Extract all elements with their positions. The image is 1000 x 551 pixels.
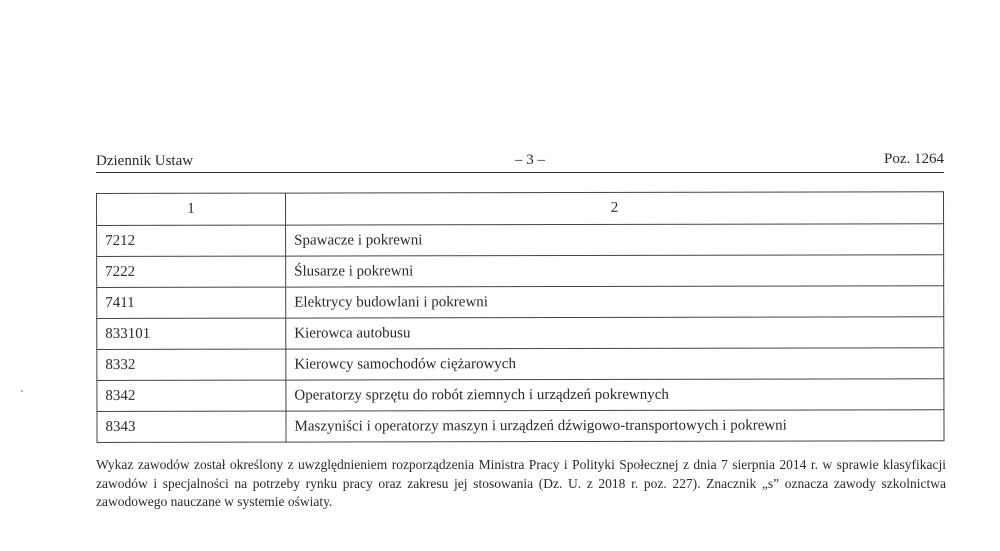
occupation-code: 8342	[97, 380, 286, 411]
column-header-2: 2	[286, 192, 944, 225]
position-number: Poz. 1264	[884, 151, 944, 168]
page-header: Dziennik Ustaw – 3 – Poz. 1264	[96, 150, 944, 173]
occupation-code: 833101	[97, 318, 286, 349]
occupation-code: 8332	[97, 349, 286, 380]
page-number: – 3 –	[96, 152, 944, 169]
table-header-row: 1 2	[97, 192, 944, 226]
table-row: 8343Maszyniści i operatorzy maszyn i urz…	[97, 410, 944, 443]
scan-speck	[21, 390, 23, 392]
occupation-code: 8343	[97, 411, 286, 442]
occupation-name: Kierowcy samochodów ciężarowych	[286, 348, 944, 380]
occupations-table: 1 2 7212Spawacze i pokrewni7222Ślusarze …	[96, 191, 945, 443]
occupation-code: 7222	[97, 256, 286, 287]
occupation-name: Spawacze i pokrewni	[286, 224, 944, 256]
occupation-name: Kierowca autobusu	[286, 317, 944, 349]
occupation-name: Ślusarze i pokrewni	[286, 255, 944, 287]
table-row: 7411Elektrycy budowlani i pokrewni	[97, 286, 944, 319]
table-row: 7212Spawacze i pokrewni	[97, 224, 944, 257]
occupation-name: Operatorzy sprzętu do robót ziemnych i u…	[286, 379, 944, 411]
footnote: Wykaz zawodów został określony z uwzględ…	[96, 456, 946, 512]
occupation-name: Maszyniści i operatorzy maszyn i urządze…	[286, 410, 944, 442]
occupation-name: Elektrycy budowlani i pokrewni	[286, 286, 944, 318]
table-row: 8332Kierowcy samochodów ciężarowych	[97, 348, 944, 381]
table-row: 833101Kierowca autobusu	[97, 317, 944, 350]
occupation-code: 7411	[97, 287, 286, 318]
table-row: 7222Ślusarze i pokrewni	[97, 255, 944, 288]
occupation-code: 7212	[97, 225, 286, 256]
column-header-1: 1	[97, 193, 286, 225]
table-row: 8342Operatorzy sprzętu do robót ziemnych…	[97, 379, 944, 412]
